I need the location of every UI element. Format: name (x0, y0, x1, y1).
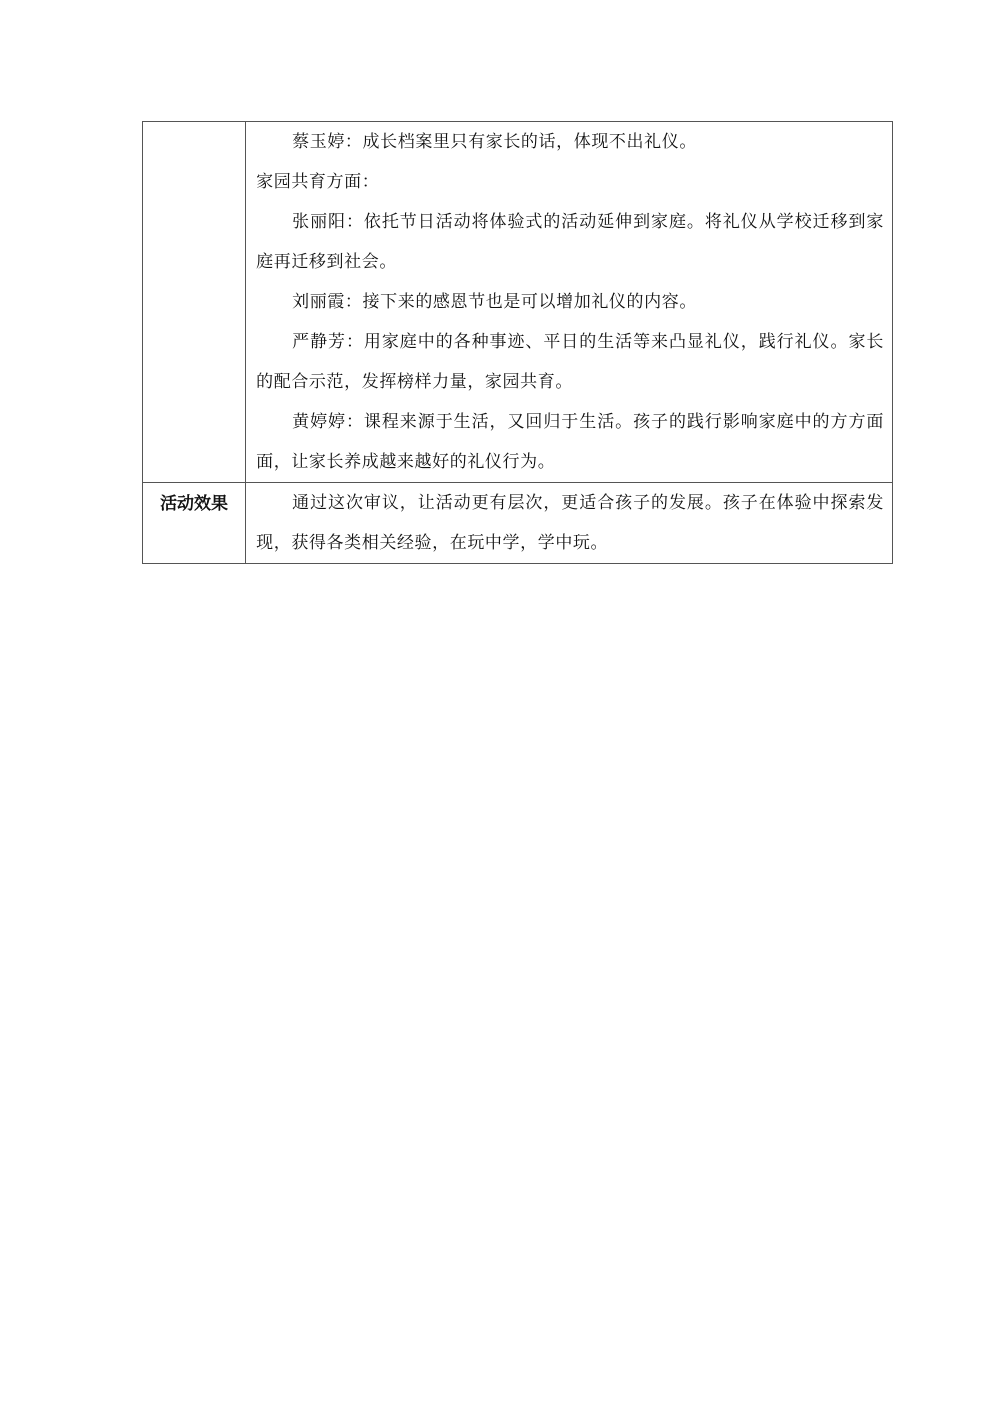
comment-yan-jingfang: 严静芳：用家庭中的各种事迹、平日的生活等来凸显礼仪，践行礼仪。家长的配合示范，发… (256, 322, 884, 402)
discussion-row: 蔡玉婷：成长档案里只有家长的话，体现不出礼仪。 家园共育方面： 张丽阳：依托节日… (143, 122, 893, 483)
activity-effect-content: 通过这次审议，让活动更有层次，更适合孩子的发展。孩子在体验中探索发现，获得各类相… (246, 483, 893, 564)
activity-effect-text: 通过这次审议，让活动更有层次，更适合孩子的发展。孩子在体验中探索发现，获得各类相… (256, 483, 884, 563)
row-label (143, 122, 246, 483)
comment-liu-lixia: 刘丽霞：接下来的感恩节也是可以增加礼仪的内容。 (256, 282, 884, 322)
activity-effect-label: 活动效果 (143, 483, 246, 564)
comment-huang-tingting: 黄婷婷：课程来源于生活，又回归于生活。孩子的践行影响家庭中的方方面面，让家长养成… (256, 402, 884, 482)
record-table: 蔡玉婷：成长档案里只有家长的话，体现不出礼仪。 家园共育方面： 张丽阳：依托节日… (142, 121, 893, 564)
comment-zhang-liyang: 张丽阳：依托节日活动将体验式的活动延伸到家庭。将礼仪从学校迁移到家庭再迁移到社会… (256, 202, 884, 282)
section-heading-home-school: 家园共育方面： (256, 162, 884, 202)
discussion-content: 蔡玉婷：成长档案里只有家长的话，体现不出礼仪。 家园共育方面： 张丽阳：依托节日… (246, 122, 893, 483)
activity-effect-row: 活动效果 通过这次审议，让活动更有层次，更适合孩子的发展。孩子在体验中探索发现，… (143, 483, 893, 564)
comment-cai-yuting: 蔡玉婷：成长档案里只有家长的话，体现不出礼仪。 (256, 122, 884, 162)
